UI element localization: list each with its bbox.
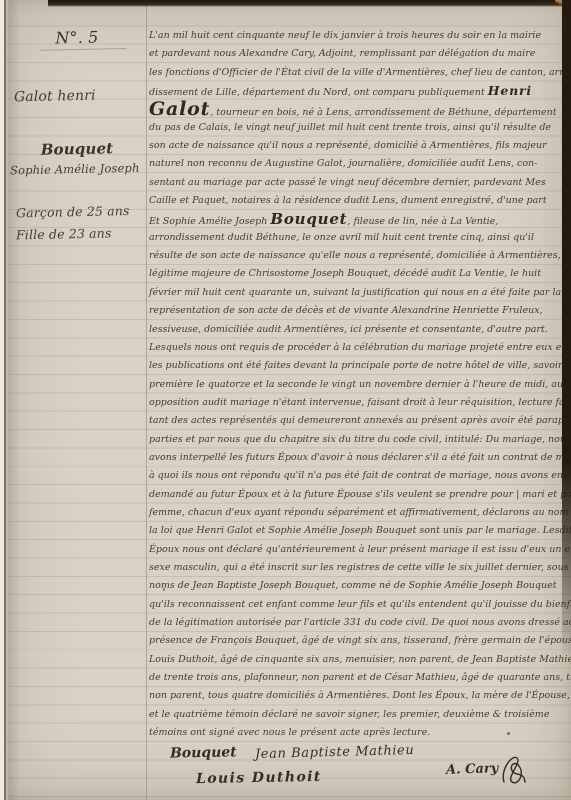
signature-jean-baptiste-mathieu: Jean Baptiste Mathieu	[255, 743, 415, 762]
page-right-edge	[562, 0, 571, 660]
manuscript-line: opposition audit mariage n'étant interve…	[149, 394, 558, 412]
manuscript-line: les fonctions d'Officier de l'État civil…	[149, 64, 558, 82]
manuscript-line: Caille et Paquet, notaires à la résidenc…	[149, 192, 558, 210]
manuscript-line: L'an mil huit cent cinquante neuf le dix…	[149, 27, 558, 45]
manuscript-line: du pas de Calais, le vingt neuf juillet …	[149, 119, 558, 137]
ink-stain	[163, 588, 165, 591]
signature-officer-cary: A. Cary	[446, 761, 499, 778]
manuscript-line: lessiveuse, domiciliée audit Armentières…	[149, 321, 558, 339]
manuscript-line: la loi que Henri Galot et Sophie Amélie …	[149, 522, 558, 540]
manuscript-line: arrondissement dudit Béthune, le onze av…	[149, 229, 558, 247]
manuscript-line: Louis Duthoit, âgé de cinquante six ans,…	[149, 651, 558, 669]
manuscript-line: à quoi ils nous ont répondu qu'il n'a pa…	[149, 467, 558, 485]
manuscript-line: parties et par nous que du chapitre six …	[149, 431, 558, 449]
register-page: N°. 5 Galot henri Bouquet Sophie Amélie …	[0, 0, 571, 800]
manuscript-body: L'an mil huit cent cinquante neuf le dix…	[149, 27, 558, 742]
manuscript-line: femme, chacun d'eux ayant répondu séparé…	[149, 504, 558, 522]
manuscript-line: témoins ont signé avec nous le présent a…	[149, 724, 558, 742]
manuscript-line: résulte de son acte de naissance qu'elle…	[149, 247, 558, 265]
manuscript-line: sentant au mariage par acte passé le vin…	[149, 174, 558, 192]
manuscript-line: de la légitimation autorisée par l'artic…	[149, 614, 558, 632]
manuscript-line: naturel non reconnu de Augustine Galot, …	[149, 155, 558, 173]
margin-groom-name: Galot henri	[14, 87, 148, 106]
manuscript-line: non parent, tous quatre domiciliés à Arm…	[149, 687, 558, 705]
page-left-binding	[0, 0, 9, 800]
manuscript-line: noms de Jean Baptiste Joseph Bouquet, co…	[149, 577, 558, 595]
act-number: N°. 5	[10, 27, 144, 52]
manuscript-line: avons interpellé les futurs Époux d'avoi…	[149, 449, 558, 467]
manuscript-line: les publications ont été faites devant l…	[149, 357, 558, 375]
signature-bouquet: Bouquet	[170, 744, 237, 761]
margin-bride-surname: Bouquet	[10, 139, 144, 160]
margin-rule-line	[146, 0, 147, 800]
margin-bride-status: Fille de 23 ans	[16, 225, 150, 243]
margin-bride-given-names: Sophie Amélie Joseph	[10, 161, 144, 178]
page-top-edge	[48, 0, 571, 7]
manuscript-line: présence de François Bouquet, âgé de vin…	[149, 632, 558, 650]
manuscript-line: Époux nous ont déclaré qu'antérieurement…	[149, 541, 558, 559]
manuscript-line: dissement de Lille, département du Nord,…	[149, 82, 558, 100]
manuscript-line: son acte de naissance qu'il nous a repré…	[149, 137, 558, 155]
manuscript-line: qu'ils reconnaissent cet enfant comme le…	[149, 596, 558, 614]
manuscript-line: première le quatorze et la seconde le vi…	[149, 376, 558, 394]
manuscript-line: légitime majeure de Chrisostome Joseph B…	[149, 265, 558, 283]
manuscript-line: et le quatrième témoin déclaré ne savoir…	[149, 706, 558, 724]
manuscript-line: février mil huit cent quarante un, suiva…	[149, 284, 558, 302]
manuscript-line: demandé au futur Époux et à la future Ép…	[149, 486, 558, 504]
manuscript-line: Galot, tourneur en bois, né à Lens, arro…	[149, 100, 558, 118]
manuscript-line: Et Sophie Amélie Joseph Bouquet, fileuse…	[149, 210, 558, 228]
manuscript-line: de trente trois ans, plafonneur, non par…	[149, 669, 558, 687]
manuscript-line: Lesquels nous ont requis de procéder à l…	[149, 339, 558, 357]
paraph-flourish-icon	[498, 752, 528, 790]
margin-groom-status: Garçon de 25 ans	[16, 203, 150, 221]
manuscript-line: sexe masculin, qui a été inscrit sur les…	[149, 559, 558, 577]
signature-louis-duthoit: Louis Duthoit	[196, 769, 322, 787]
ink-stain	[507, 732, 510, 735]
manuscript-line: et pardevant nous Alexandre Cary, Adjoin…	[149, 45, 558, 63]
manuscript-line: représentation de son acte de décès et d…	[149, 302, 558, 320]
manuscript-line: tant des actes représentés qui demeurero…	[149, 412, 558, 430]
